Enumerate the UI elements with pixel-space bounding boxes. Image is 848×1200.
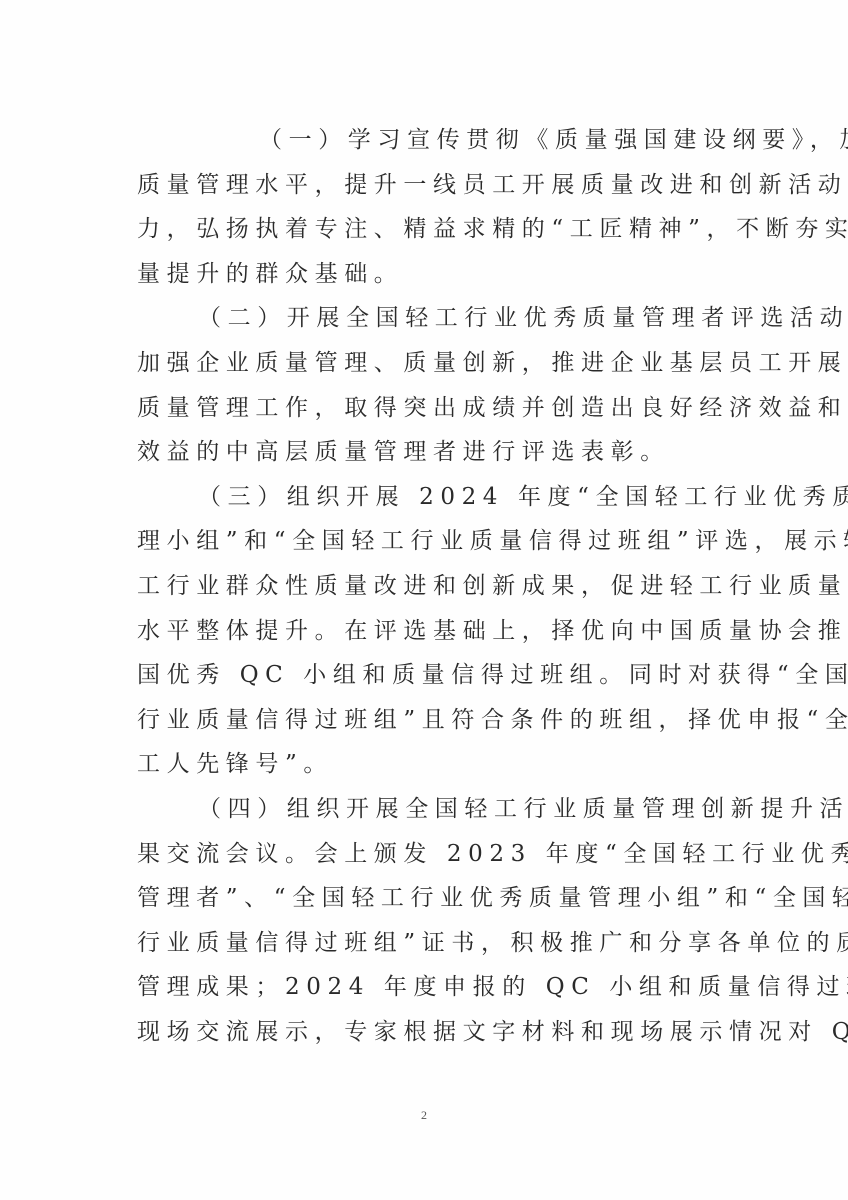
paragraph-section-4: （四）组织开展全国轻工行业质量管理创新提升活动成 果交流会议。会上颁发 2023… bbox=[137, 787, 721, 1055]
text-line: 理小组”和“全国轻工行业质量信得过班组”评选，展示轻 bbox=[137, 519, 721, 564]
text-line: （三）组织开展 2024 年度“全国轻工行业优秀质量管 bbox=[137, 475, 721, 520]
paragraph-section-3: （三）组织开展 2024 年度“全国轻工行业优秀质量管 理小组”和“全国轻工行业… bbox=[137, 475, 721, 787]
text-line: 质量管理工作，取得突出成绩并创造出良好经济效益和社会 bbox=[137, 386, 721, 431]
text-line: 工人先锋号”。 bbox=[137, 742, 721, 787]
paragraph-section-2: （二）开展全国轻工行业优秀质量管理者评选活动，对 加强企业质量管理、质量创新，推… bbox=[137, 296, 721, 474]
text-line: 管理成果；2024 年度申报的 QC 小组和质量信得过班组进行 bbox=[137, 965, 721, 1010]
text-line: 行业质量信得过班组”证书，积极推广和分享各单位的质量 bbox=[137, 921, 721, 966]
text-line: 管理者”、“全国轻工行业优秀质量管理小组”和“全国轻工 bbox=[137, 876, 721, 921]
text-line: 加强企业质量管理、质量创新，推进企业基层员工开展各项 bbox=[137, 341, 721, 386]
text-line: 质量管理水平，提升一线员工开展质量改进和创新活动的能 bbox=[137, 163, 721, 208]
text-line: （二）开展全国轻工行业优秀质量管理者评选活动，对 bbox=[137, 296, 721, 341]
text-line: 力，弘扬执着专注、精益求精的“工匠精神”，不断夯实质 bbox=[137, 207, 721, 252]
text-line: 果交流会议。会上颁发 2023 年度“全国轻工行业优秀质量 bbox=[137, 832, 721, 877]
text-line: 量提升的群众基础。 bbox=[137, 252, 721, 297]
document-body: （一）学习宣传贯彻《质量强国建设纲要》，加强企业 质量管理水平，提升一线员工开展… bbox=[137, 118, 721, 1054]
text-line: 效益的中高层质量管理者进行评选表彰。 bbox=[137, 430, 721, 475]
text-line: （一）学习宣传贯彻《质量强国建设纲要》，加强企业 bbox=[137, 118, 721, 163]
paragraph-section-1: （一）学习宣传贯彻《质量强国建设纲要》，加强企业 质量管理水平，提升一线员工开展… bbox=[137, 118, 721, 296]
text-line: 国优秀 QC 小组和质量信得过班组。同时对获得“全国轻工 bbox=[137, 653, 721, 698]
page-number: 2 bbox=[0, 1108, 848, 1123]
text-line: （四）组织开展全国轻工行业质量管理创新提升活动成 bbox=[137, 787, 721, 832]
text-line: 水平整体提升。在评选基础上，择优向中国质量协会推荐全 bbox=[137, 609, 721, 654]
text-line: 行业质量信得过班组”且符合条件的班组，择优申报“全国 bbox=[137, 698, 721, 743]
text-line: 工行业群众性质量改进和创新成果，促进轻工行业质量管理 bbox=[137, 564, 721, 609]
document-page: （一）学习宣传贯彻《质量强国建设纲要》，加强企业 质量管理水平，提升一线员工开展… bbox=[0, 0, 848, 1200]
text-line: 现场交流展示，专家根据文字材料和现场展示情况对 QC 小 bbox=[137, 1010, 721, 1055]
